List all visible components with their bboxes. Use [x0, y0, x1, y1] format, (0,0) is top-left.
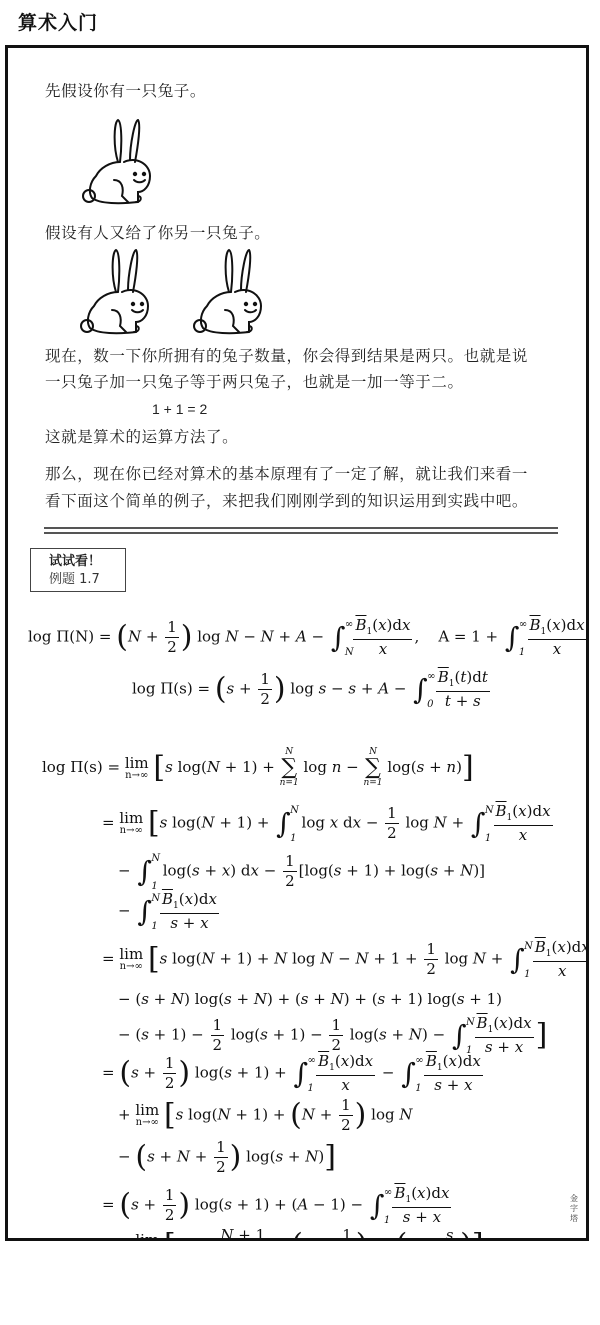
derivation-line-2: = limn→∞ [s log(N + 1) + ∫N1 log x dx − …: [102, 804, 555, 843]
derivation-line-10: − (s + N + 12) log(s + N)]: [118, 1140, 336, 1175]
derivation-line-4: − ∫N1B1(x)dxs + x: [118, 892, 221, 931]
intro-line-2: 假设有人又给了你另一只兔子。: [45, 220, 270, 246]
derivation-line-7: − (s + 1) − 12 log(s + 1) − 12 log(s + N…: [118, 1016, 547, 1055]
equation-2: log Π(s) = (s + 12) log s − s + A − ∫∞0B…: [132, 670, 492, 709]
derivation-line-3: − ∫N1 log(s + x) dx − 12[log(s + 1) + lo…: [118, 854, 485, 889]
simple-equation: 1 + 1 = 2: [152, 401, 207, 417]
lim-label: lim: [125, 754, 149, 772]
document-frame: 先假设你有一只兔子。 假设有人又给了你另一只兔子。: [5, 45, 589, 1241]
rabbit-illustration-icon: [191, 246, 271, 338]
equation-1: log Π(N) = (N + 12) log N − N + A − ∫∞NB…: [28, 618, 589, 657]
intro-para5-line1: 那么，现在你已经对算术的基本原理有了一定了解，就让我们来看一: [45, 461, 528, 487]
eq1-a-def: A = 1 +: [438, 628, 498, 646]
eq2-lhs: log Π(s) =: [132, 680, 210, 698]
derivation-line-5: = limn→∞ [s log(N + 1) + N log N − N + 1…: [102, 940, 589, 979]
derivation-line-9: + limn→∞ [s log(N + 1) + (N + 12) log N: [118, 1098, 412, 1133]
publisher-stamp: 金字塔: [570, 1194, 580, 1224]
intro-para5-line2: 看下面这个简单的例子，来把我们刚刚学到的知识运用到实践中吧。: [45, 488, 528, 514]
eq3-lhs: log Π(s) =: [42, 758, 120, 776]
derivation-line-6: − (s + N) log(s + N) + (s + N) + (s + 1)…: [118, 992, 502, 1007]
intro-line-1: 先假设你有一只兔子。: [45, 78, 206, 104]
rabbit-illustration-icon: [78, 246, 158, 338]
eq1-lhs: log Π(N) =: [28, 628, 111, 646]
double-rule-bottom: [44, 532, 558, 534]
lim-subscript: n→∞: [125, 771, 149, 781]
derivation-line-1: log Π(s) = limn→∞ [s log(N + 1) + N∑n=1 …: [42, 748, 474, 788]
derivation-line-12-cutoff: + limn→∞ [s log N + 1N − (N + 12) log(1 …: [118, 1228, 484, 1241]
example-number: 例题 1.7: [49, 570, 125, 589]
rabbit-illustration-icon: [80, 116, 160, 208]
try-it-title: 试试看！: [49, 553, 125, 570]
try-it-box: 试试看！ 例题 1.7: [30, 548, 126, 592]
intro-para3-line2: 一只兔子加一只兔子等于两只兔子，也就是一加一等于二。: [45, 369, 464, 395]
intro-para3-line1: 现在，数一下你所拥有的兔子数量，你会得到结果是两只。也就是说: [45, 343, 528, 369]
double-rule-top: [44, 527, 558, 529]
derivation-line-11: = (s + 12) log(s + 1) + (A − 1) − ∫∞1B1(…: [102, 1186, 453, 1225]
derivation-line-8: = (s + 12) log(s + 1) + ∫∞1B1(x)dxx − ∫∞…: [102, 1054, 485, 1093]
intro-line-4: 这就是算术的运算方法了。: [45, 424, 238, 450]
page-title: 算术入门: [18, 8, 98, 35]
